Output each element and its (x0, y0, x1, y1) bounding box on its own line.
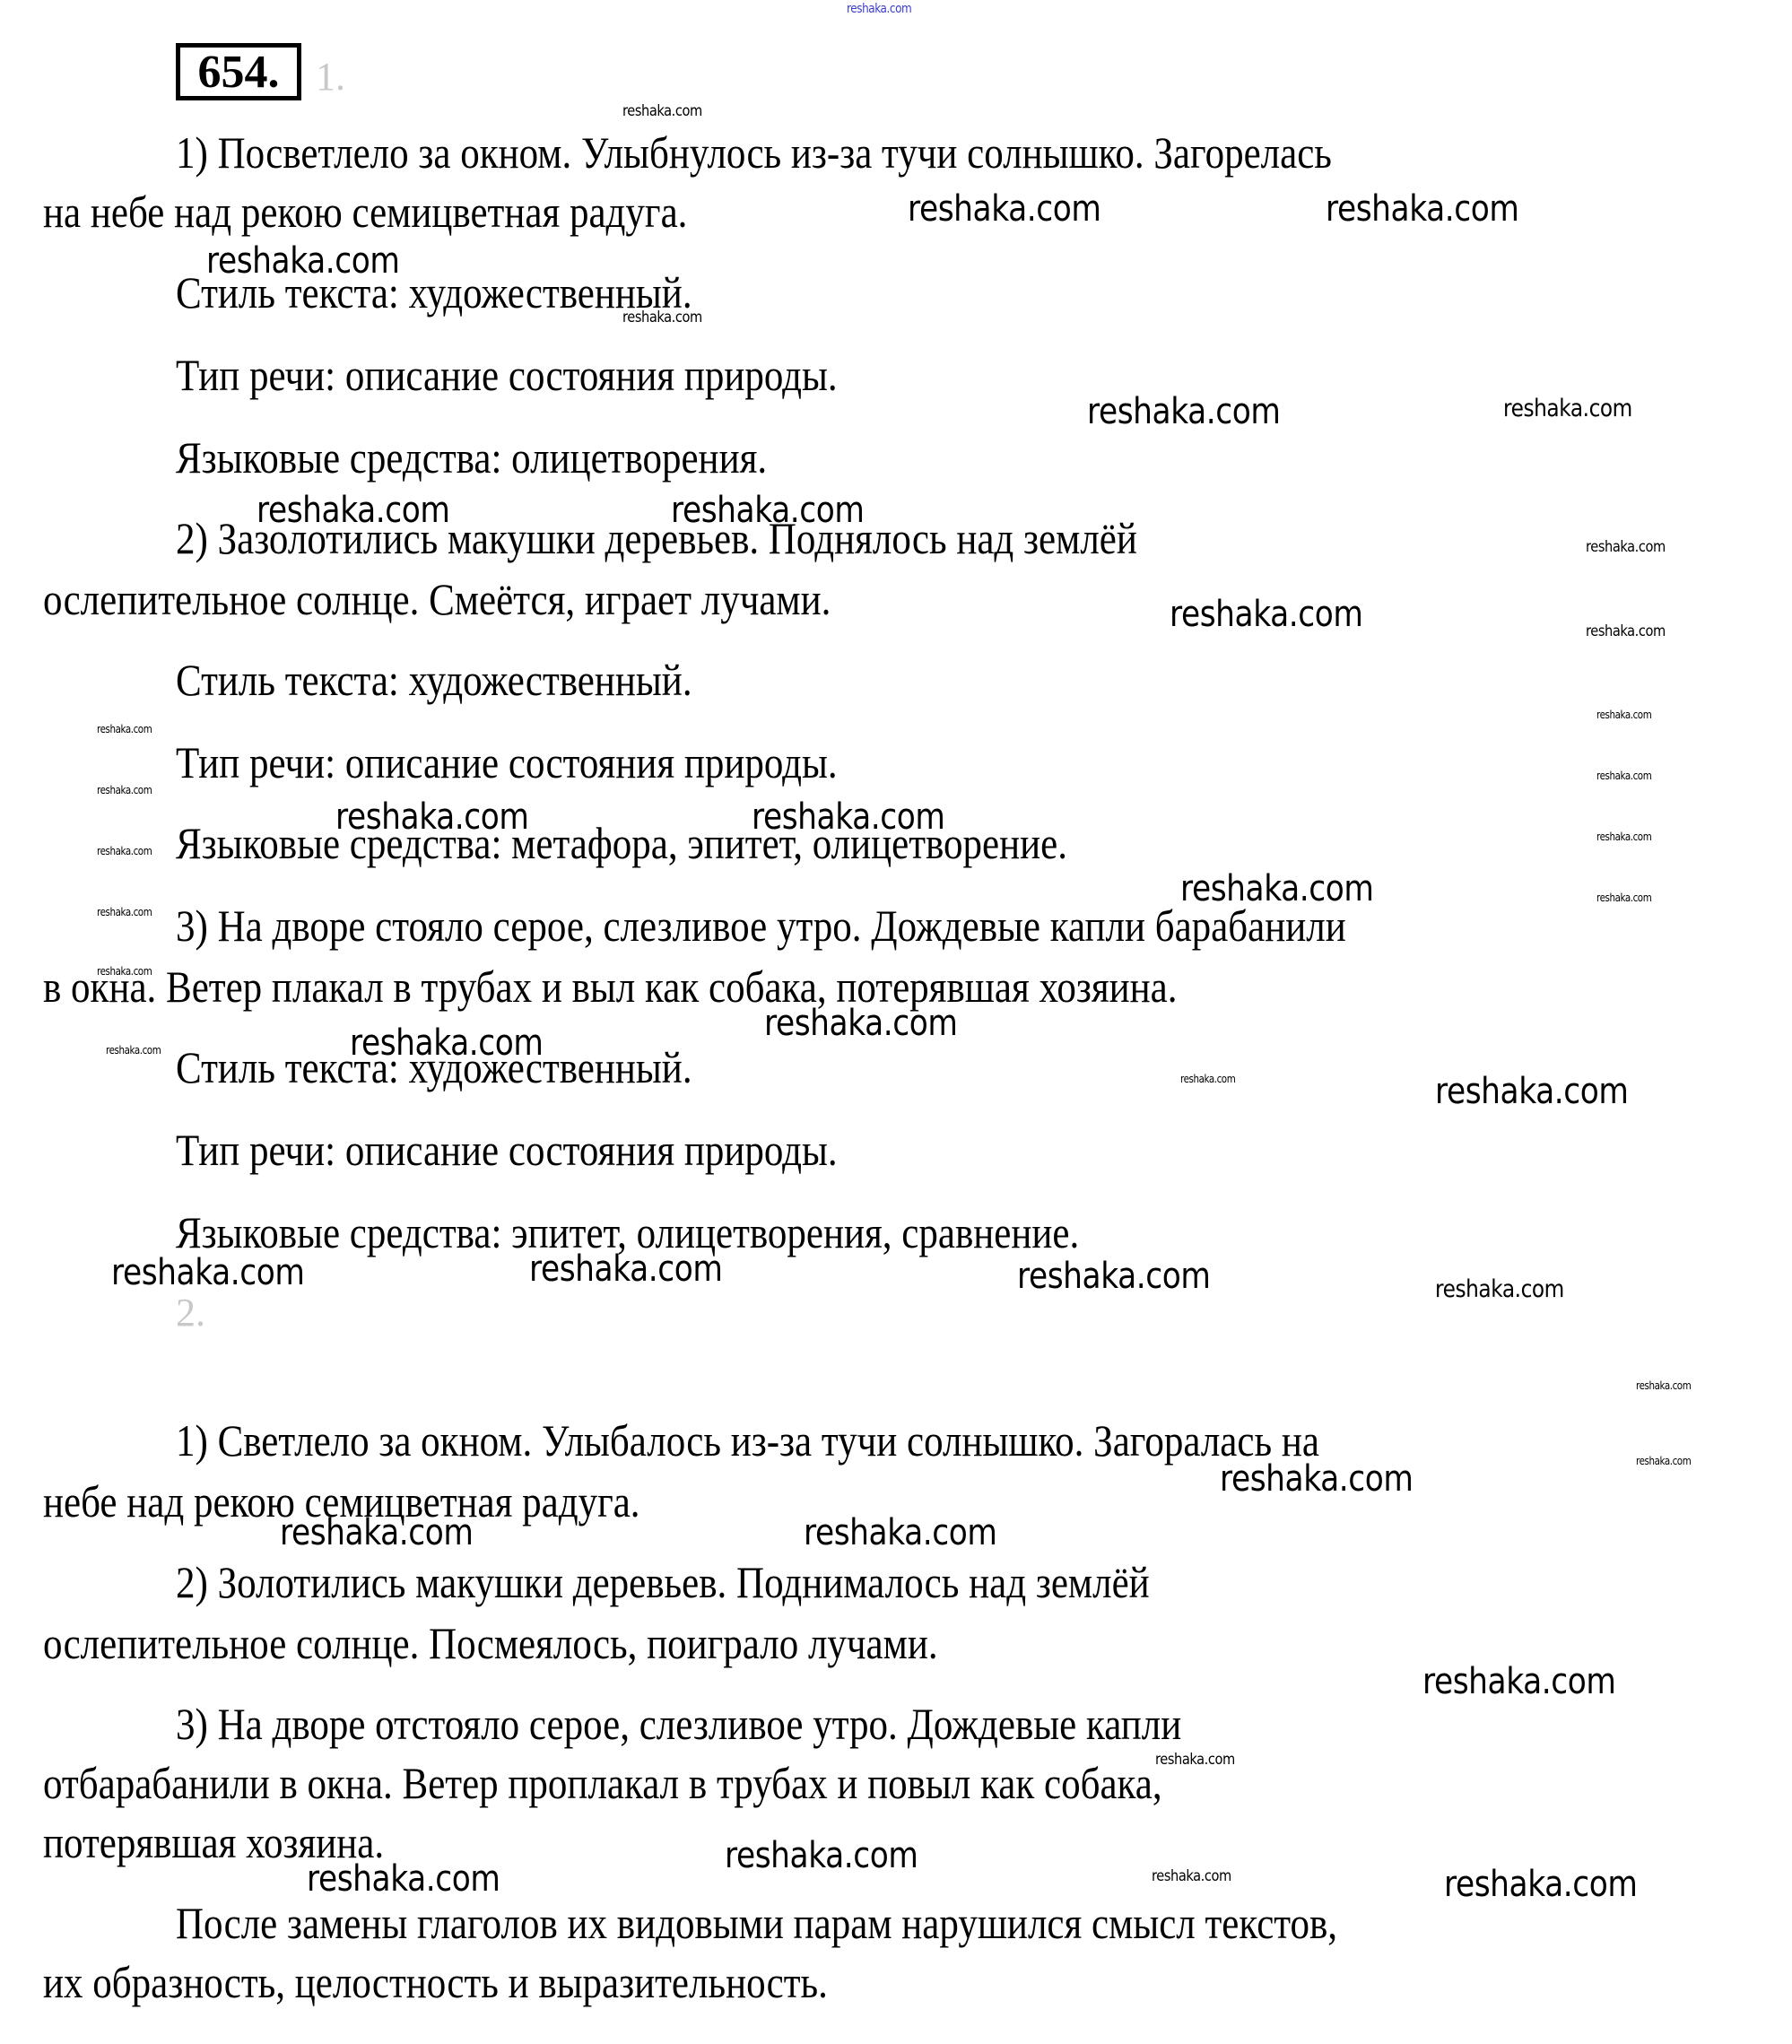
watermark: reshaka.com (1435, 1071, 1628, 1112)
watermark: reshaka.com (1180, 1073, 1235, 1085)
watermark: reshaka.com (1152, 1867, 1231, 1885)
watermark: reshaka.com (1326, 188, 1518, 230)
watermark: reshaka.com (1155, 1751, 1235, 1769)
p1-text3-line2: в окна. Ветер плакал в трубах и выл как … (43, 960, 1177, 1013)
watermark: reshaka.com (97, 723, 152, 735)
watermark: reshaka.com (1596, 831, 1651, 843)
watermark: reshaka.com (335, 796, 528, 838)
site-watermark-top: reshaka.com (847, 2, 911, 16)
watermark: reshaka.com (97, 845, 152, 857)
exercise-number: 654. (176, 43, 301, 100)
watermark: reshaka.com (671, 490, 864, 531)
watermark: reshaka.com (1087, 391, 1280, 432)
watermark: reshaka.com (764, 1003, 957, 1044)
watermark: reshaka.com (1586, 622, 1666, 640)
p1-text2-speech-type: Тип речи: описание состояния природы. (176, 735, 838, 789)
p2-text1-line1: 1) Светлело за окном. Улыбалось из-за ту… (176, 1413, 1319, 1467)
p2-text2-line1: 2) Золотились макушки деревьев. Поднимал… (176, 1555, 1150, 1609)
watermark: reshaka.com (97, 906, 152, 918)
watermark: reshaka.com (97, 784, 152, 796)
p1-text1-line1: 1) Посветлело за окном. Улыбнулось из-за… (176, 126, 1332, 179)
p2-text3-line2: отбарабанили в окна. Ветер проплакал в т… (43, 1756, 1162, 1810)
watermark: reshaka.com (1596, 892, 1651, 904)
watermark: reshaka.com (97, 965, 152, 978)
watermark: reshaka.com (752, 796, 944, 838)
watermark: reshaka.com (804, 1512, 996, 1553)
p2-text2-line2: ослепительное солнце. Посмеялось, поигра… (43, 1616, 938, 1670)
watermark: reshaka.com (1596, 770, 1651, 782)
watermark: reshaka.com (1596, 709, 1651, 721)
watermark: reshaka.com (1180, 868, 1373, 909)
watermark: reshaka.com (1422, 1661, 1615, 1702)
watermark: reshaka.com (111, 1252, 304, 1293)
watermark: reshaka.com (1170, 594, 1362, 635)
watermark: reshaka.com (206, 240, 399, 282)
watermark: reshaka.com (529, 1248, 722, 1290)
watermark: reshaka.com (257, 490, 449, 531)
p1-text1-language-means: Языковые средства: олицетворения. (176, 431, 767, 484)
p1-text3-speech-type: Тип речи: описание состояния природы. (176, 1123, 838, 1177)
watermark: reshaka.com (622, 309, 702, 326)
watermark: reshaka.com (307, 1858, 500, 1900)
p1-text2-line2: ослепительное солнце. Смеётся, играет лу… (43, 572, 831, 626)
watermark: reshaka.com (106, 1044, 161, 1057)
watermark: reshaka.com (350, 1022, 543, 1064)
watermark: reshaka.com (1586, 538, 1666, 556)
watermark: reshaka.com (1503, 395, 1632, 422)
watermark: reshaka.com (908, 188, 1100, 230)
p2-text3-line1: 3) На дворе отстояло серое, слезливое ут… (176, 1697, 1181, 1751)
watermark: reshaka.com (622, 102, 702, 120)
part1-label: 1. (316, 54, 345, 100)
p1-text1-line2: на небе над рекою семицветная радуга. (43, 185, 687, 239)
watermark: reshaka.com (1444, 1864, 1637, 1905)
p1-text2-style: Стиль текста: художественный. (176, 653, 692, 707)
watermark: reshaka.com (1435, 1275, 1564, 1303)
watermark: reshaka.com (280, 1512, 473, 1553)
p1-text1-speech-type: Тип речи: описание состояния природы. (176, 348, 838, 402)
conclusion-line1: После замены глаголов их видовыми парам … (176, 1896, 1337, 1950)
p1-text3-line1: 3) На дворе стояло серое, слезливое утро… (176, 899, 1346, 952)
document-page: reshaka.com 654. 1. 1) Посветлело за окн… (0, 0, 1792, 2044)
watermark: reshaka.com (1636, 1455, 1691, 1467)
watermark: reshaka.com (1220, 1458, 1413, 1500)
conclusion-line2: их образность, целостность и выразительн… (43, 1955, 828, 2009)
part2-label: 2. (176, 1290, 205, 1335)
watermark: reshaka.com (725, 1835, 918, 1876)
watermark: reshaka.com (1017, 1256, 1210, 1297)
watermark: reshaka.com (1636, 1379, 1691, 1392)
